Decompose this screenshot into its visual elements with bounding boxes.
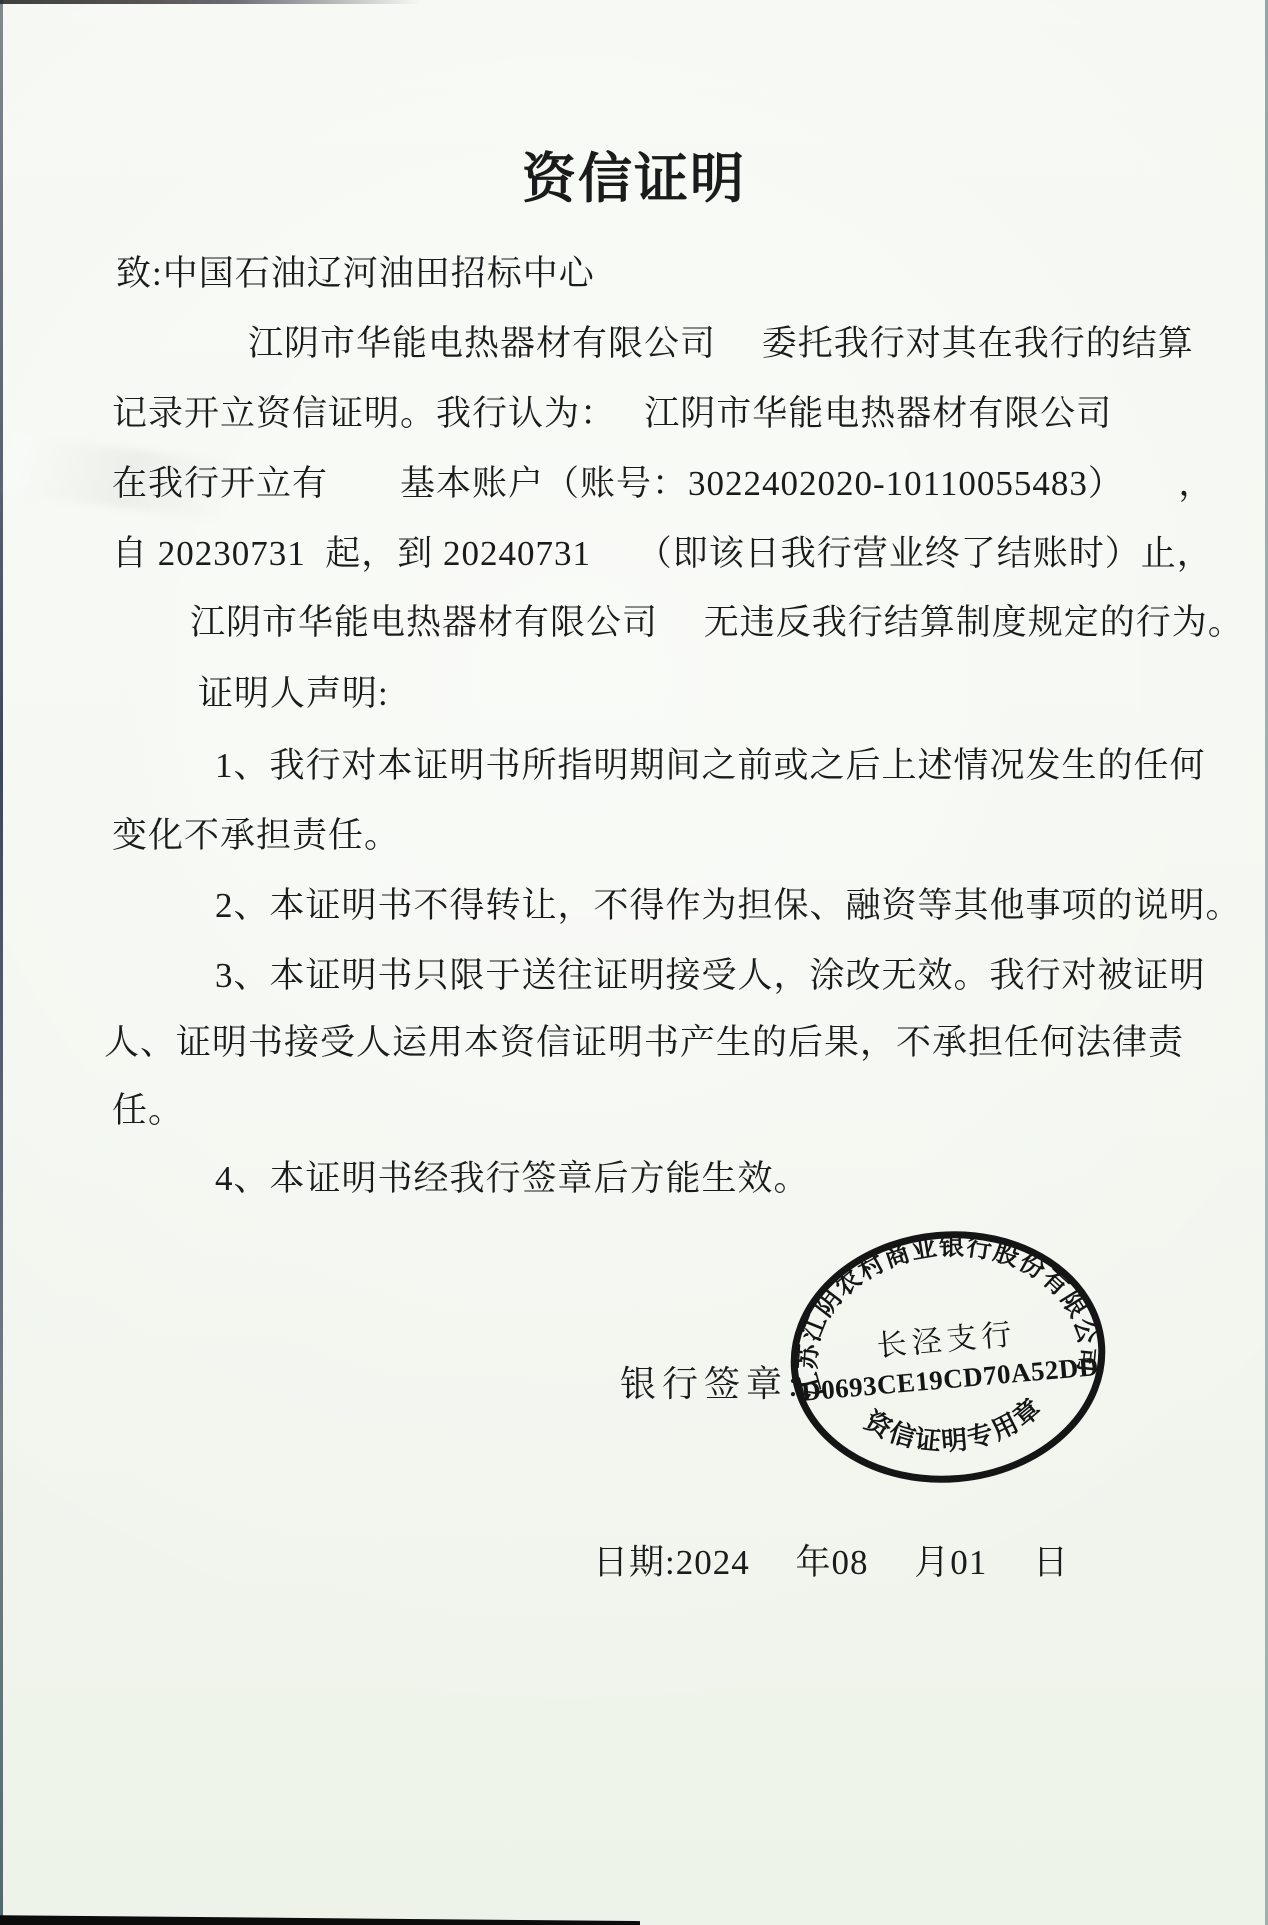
document-page: 资信证明 致:中国石油辽河油田招标中心 江阴市华能电热器材有限公司 委托我行对其… xyxy=(0,0,1268,1925)
decl-1-line-1: 1、我行对本证明书所指明期间之前或之后上述情况发生的任何 xyxy=(215,745,1206,787)
stamp-code: D0693CE19CD70A52DD xyxy=(800,1351,1100,1407)
decl-3-line-2: 人、证明书接受人运用本资信证明书产生的后果，不承担任何法律责 xyxy=(104,1022,1184,1064)
para-line-2: 记录开立资信证明。我行认为： 江阴市华能电热器材有限公司 xyxy=(112,393,1112,435)
para-line-5: 江阴市华能电热器材有限公司 无违反我行结算制度规定的行为。 xyxy=(190,602,1244,644)
recipient-line: 致:中国石油辽河油田招标中心 xyxy=(116,253,595,295)
scan-edge-bottom xyxy=(0,1911,800,1925)
para-line-3-account: 在我行开立有 基本账户（账号：3022402020-10110055483） ， xyxy=(112,463,1214,505)
decl-4-line: 4、本证明书经我行签章后方能生效。 xyxy=(215,1158,810,1200)
para-line-1: 江阴市华能电热器材有限公司 委托我行对其在我行的结算 xyxy=(248,323,1194,365)
decl-2-line: 2、本证明书不得转让，不得作为担保、融资等其他事项的说明。 xyxy=(215,885,1242,927)
decl-1-line-2: 变化不承担责任。 xyxy=(112,815,400,857)
para-line-4-period: 自 20230731 起，到 20240731 （即该日我行营业终了结账时）止， xyxy=(112,533,1213,575)
scan-edge-top xyxy=(0,0,420,4)
stamp-bottom-text: 资信证明专用章 xyxy=(858,1390,1051,1463)
page-title: 资信证明 xyxy=(0,150,1268,209)
decl-3-line-1: 3、本证明书只限于送往证明接受人，涂改无效。我行对被证明 xyxy=(215,955,1206,997)
declaration-heading: 证明人声明: xyxy=(198,673,389,715)
scan-edge-left xyxy=(0,0,3,1925)
bank-seal-stamp: 江苏江阴农村商业银行股份有限公司 长泾支行 D0693CE19CD70A52DD… xyxy=(738,1192,1178,1522)
date-line: 日期:2024 年08 月01 日 xyxy=(593,1535,1069,1585)
stamp-branch-name: 长泾支行 xyxy=(875,1318,1017,1363)
decl-3-line-3: 任。 xyxy=(112,1090,184,1132)
